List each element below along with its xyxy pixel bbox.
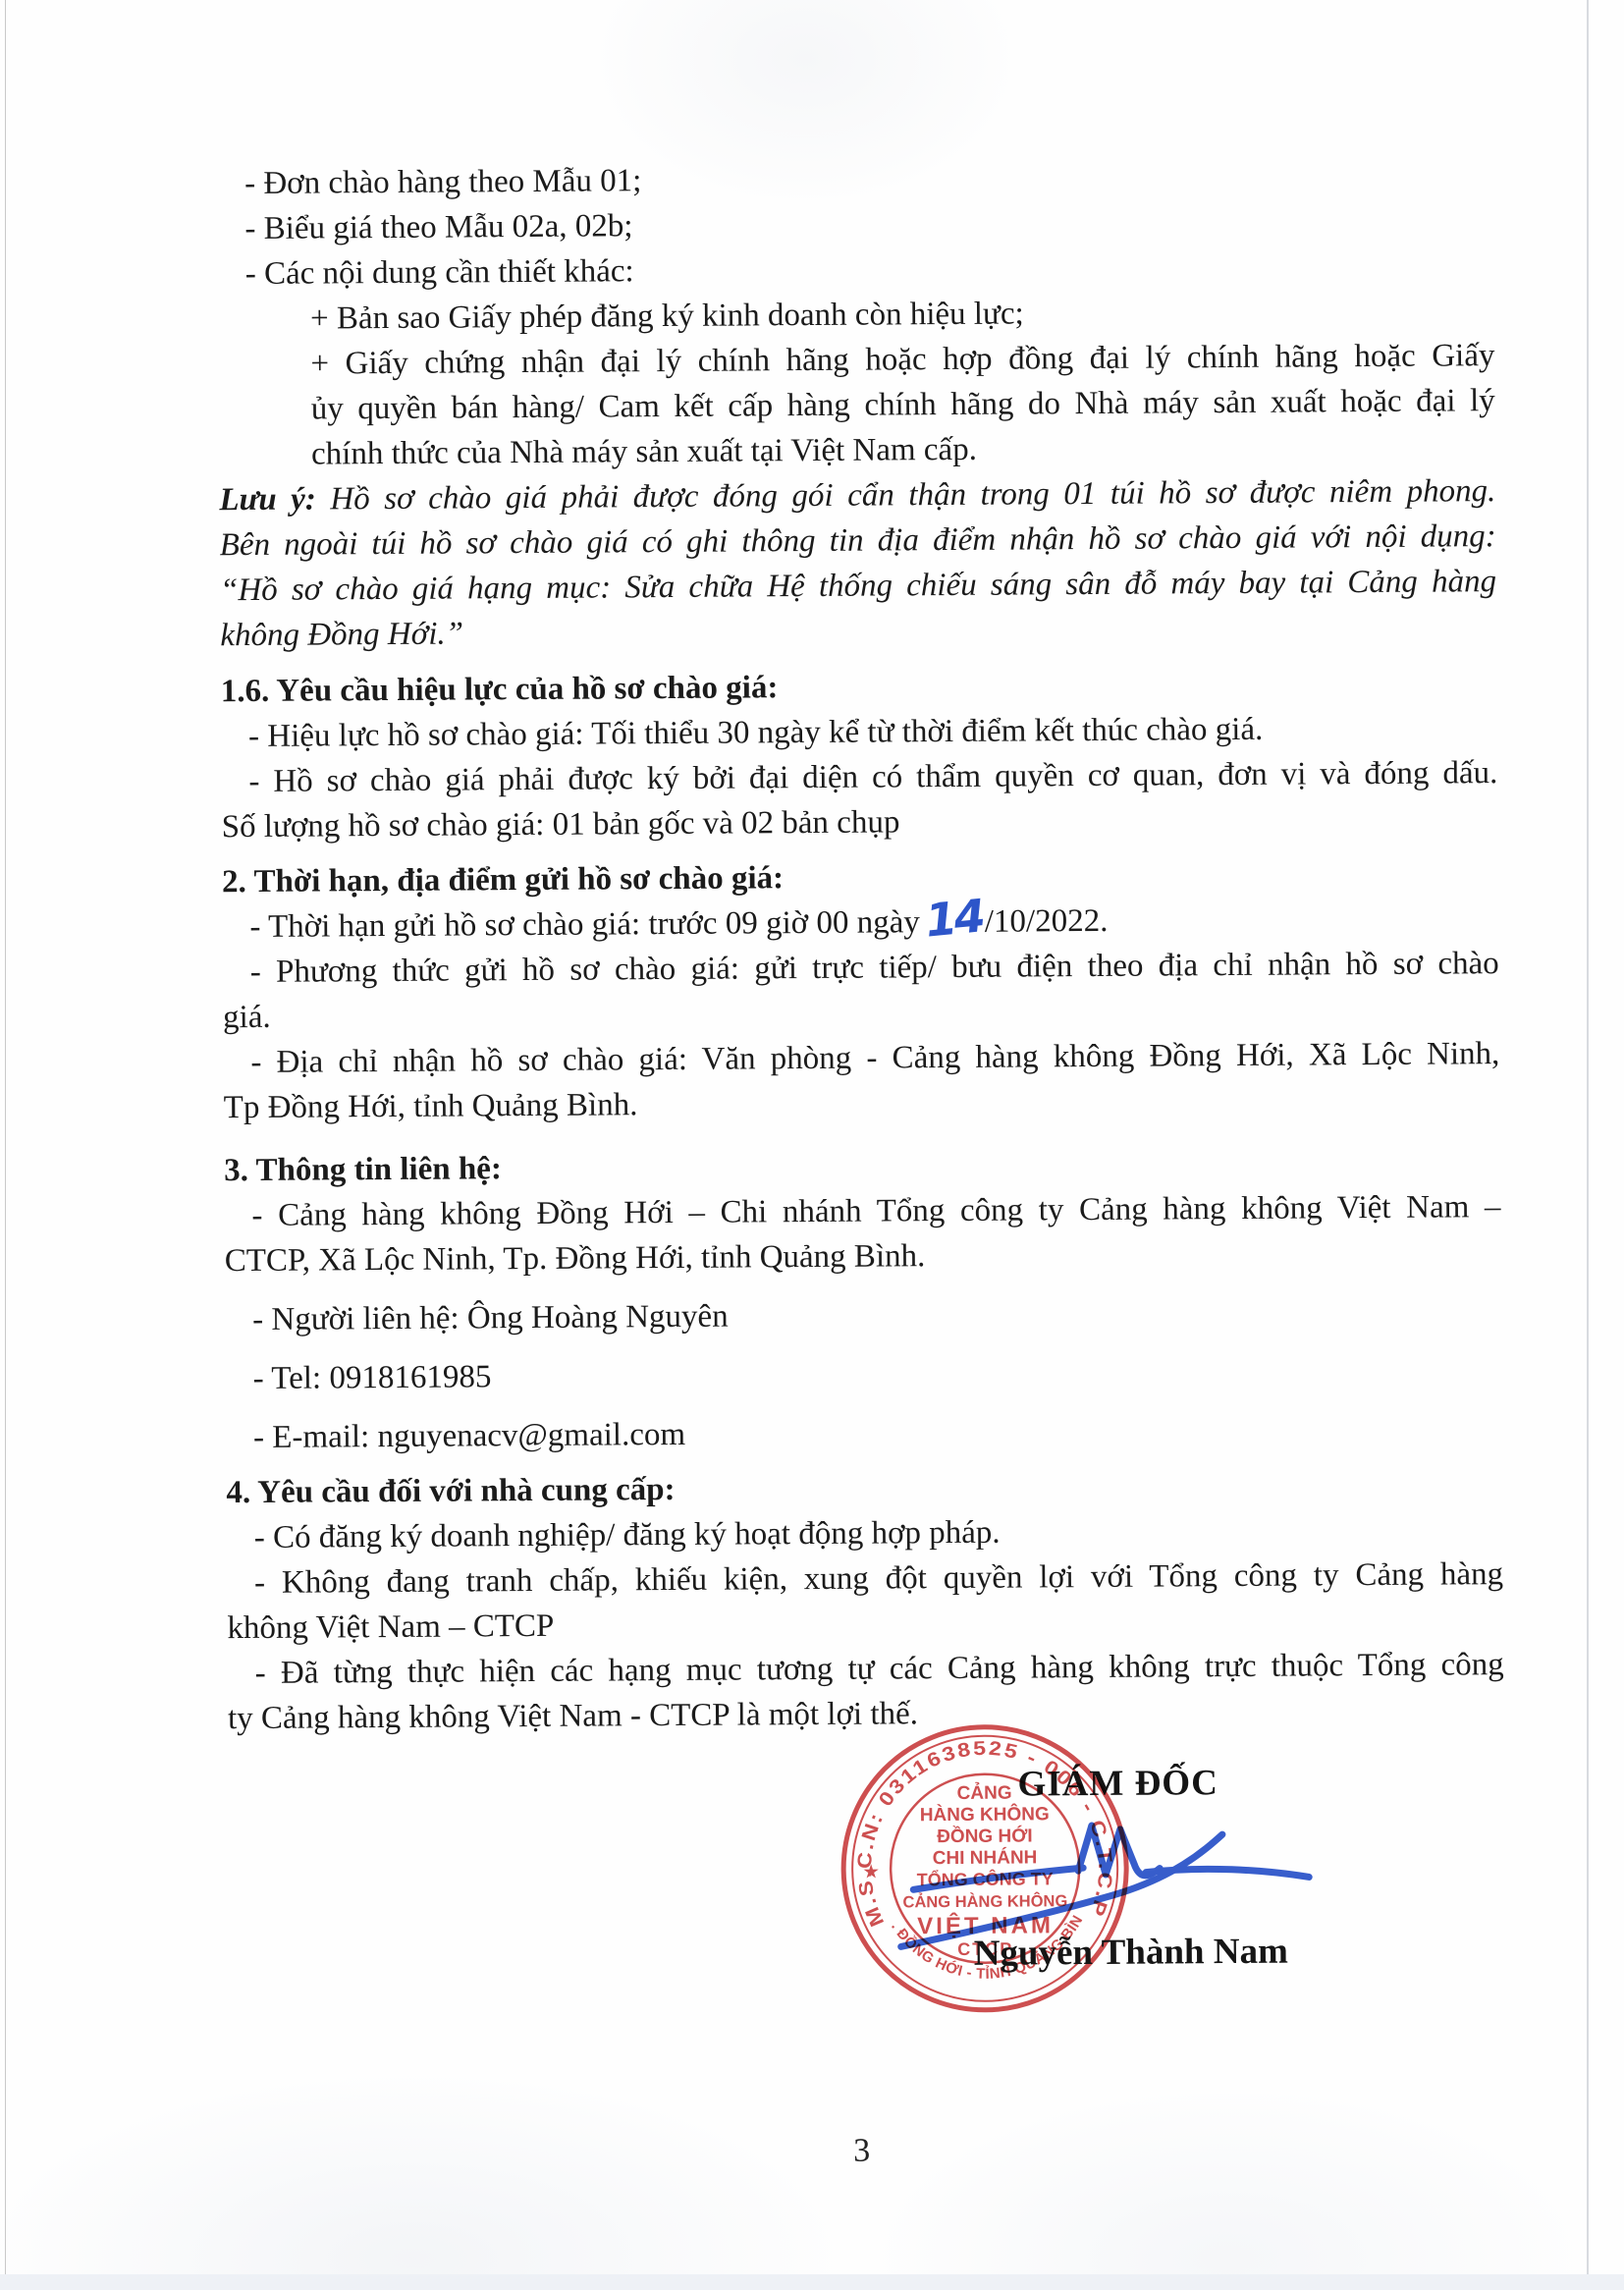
scan-edge-right (1587, 0, 1589, 2290)
doc-line: - Người liên hệ: Ông Hoàng Nguyên (225, 1288, 1501, 1342)
doc-line: - Hồ sơ chào giá phải được ký bởi đại di… (221, 750, 1497, 804)
doc-line: - Phương thức gửi hồ sơ chào giá: gửi tr… (223, 941, 1499, 995)
scan-bottom-shadow (0, 2274, 1624, 2290)
stamp-line: CẢNG (957, 1782, 1012, 1804)
stamp-star-icon: ★ (863, 1863, 879, 1881)
page-number: 3 (853, 2133, 870, 2170)
doc-line: CTCP, Xã Lộc Ninh, Tp. Đồng Hới, tỉnh Qu… (225, 1229, 1501, 1283)
document-scan: - Đơn chào hàng theo Mẫu 01;- Biểu giá t… (0, 0, 1624, 2290)
doc-line: Tp Đồng Hới, tỉnh Quảng Bình. (224, 1076, 1500, 1130)
doc-line: Số lượng hồ sơ chào giá: 01 bản gốc và 0… (222, 795, 1498, 849)
director-name: Nguyễn Thành Nam (974, 1931, 1288, 1975)
doc-line: - Không đang tranh chấp, khiếu kiện, xun… (227, 1552, 1503, 1606)
doc-line: - Tel: 0918161985 (225, 1347, 1501, 1401)
scanned-content: - Đơn chào hàng theo Mẫu 01;- Biểu giá t… (0, 0, 1624, 2290)
handwritten-day: 14 (926, 915, 983, 920)
doc-line: - E-mail: nguyenacv@gmail.com (226, 1406, 1502, 1460)
doc-line: không Đồng Hới.” (220, 604, 1496, 658)
doc-line: - Địa chỉ nhận hồ sơ chào giá: Văn phòng… (223, 1031, 1499, 1085)
scan-edge-left (5, 0, 6, 2290)
doc-line: “Hồ sơ chào giá hạng mục: Sửa chữa Hệ th… (220, 559, 1496, 613)
doc-line: ủy quyền bán hàng/ Cam kết cấp hàng chín… (219, 378, 1495, 432)
document-lines: - Đơn chào hàng theo Mẫu 01;- Biểu giá t… (217, 152, 1504, 1741)
doc-line: - Cảng hàng không Đồng Hới – Chi nhánh T… (224, 1184, 1500, 1238)
doc-line: - Đã từng thực hiện các hạng mục tương t… (228, 1642, 1504, 1696)
